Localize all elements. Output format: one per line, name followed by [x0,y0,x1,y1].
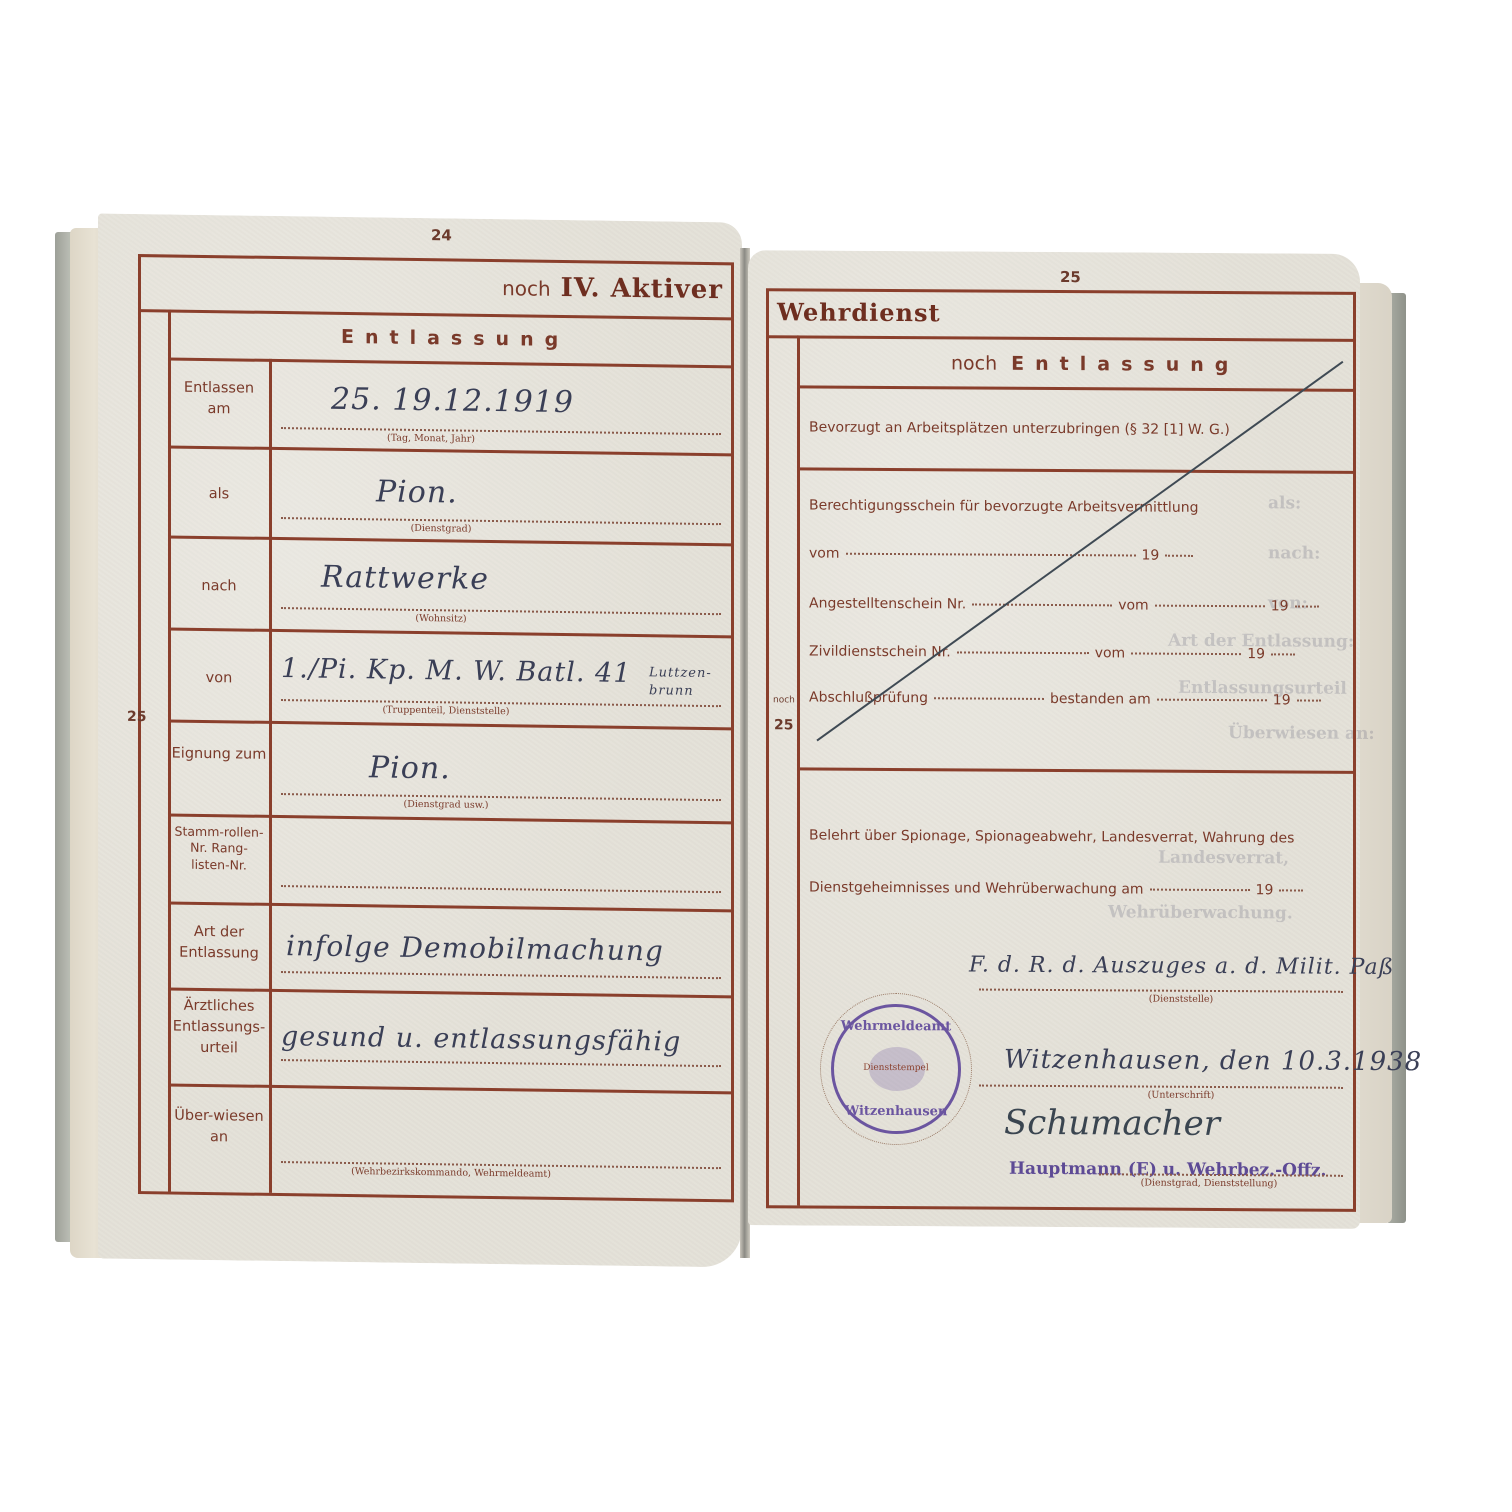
field-caption: (Tag, Monat, Jahr) [387,433,475,445]
field-caption: (Wehrbezirkskommando, Wehrmeldeamt) [351,1166,551,1180]
divider [797,467,1353,473]
divider [769,335,1353,342]
field-value-discharged-on: 25. 19.12.1919 [331,382,574,420]
field-value-as: Pion. [376,474,458,510]
fill-line [281,517,721,525]
stamp-middle-text: Dienststempel [834,1063,958,1074]
side-label-prefix: noch [773,695,795,705]
left-page: 24 nochIV. Aktiver Entlassung 25 Entlass… [98,214,742,1268]
fill-line [281,885,721,893]
side-page-number: 25 [127,709,146,725]
page-number: 24 [431,226,452,244]
field-caption: (Wohnsitz) [415,613,466,625]
field-label-to: nach [171,576,267,598]
stamp-bottom-text: Witzenhausen [834,1104,958,1120]
handwritten-signature: Schumacher [1004,1103,1220,1144]
form-line-entitlement-date: vom19 [809,546,1199,564]
field-caption: (Dienstgrad usw.) [404,799,489,811]
section-header: Wehrdienst [777,297,941,327]
fill-line [1295,605,1319,607]
side-page-number: 25 [774,717,793,733]
divider [269,359,272,1193]
right-page: 25 als: nach: von: Art der Entlassung: E… [748,250,1360,1229]
section-header: nochIV. Aktiver [502,272,723,305]
fill-line [979,989,1343,993]
field-value-medical-verdict: gesund u. entlassungsfähig [281,1021,681,1058]
field-value-from: 1./Pi. Kp. M. W. Batl. 41 [281,653,631,689]
fill-line [1165,555,1193,557]
caption-rank: (Dienstgrad, Dienststellung) [1141,1178,1278,1190]
divider [168,627,731,638]
form-line-espionage-briefing: Belehrt über Spionage, Spionageabwehr, L… [809,828,1294,847]
fill-line [934,697,1044,700]
fill-line [846,553,1136,557]
field-label-discharged-on: Entlassen am [171,378,267,421]
page-number: 25 [1060,268,1081,286]
divider [168,813,731,824]
field-label-qualification: Eignung zum [171,744,267,766]
divider [168,357,731,368]
fill-line [281,793,721,801]
form-line-civil-service-certificate: Zivildienstschein Nr.vom19 [809,644,1301,663]
form-frame: nochIV. Aktiver Entlassung 25 Entlassen … [138,254,734,1202]
handwritten-place-date: Witzenhausen, den 10.3.1938 [1004,1045,1422,1078]
fill-line [281,971,721,979]
form-line-final-exam: Abschlußprüfungbestanden am19 [809,690,1327,709]
fill-line [1155,605,1265,608]
fill-line [281,607,721,615]
subsection-title: Entlassung [341,326,569,351]
divider [168,1083,731,1094]
field-caption: (Truppenteil, Dienststelle) [383,704,510,717]
caption-office: (Dienststelle) [1149,994,1214,1005]
field-label-transferred-to: Über-wiesen an [171,1106,267,1149]
handwritten-office: F. d. R. d. Auszuges a. d. Milit. Paß [969,952,1394,980]
fill-line [1271,653,1295,655]
form-frame: Wehrdienst nochEntlassung Bevorzugt an A… [766,288,1356,1212]
form-line-briefing-date: Dienstgeheimnisses und Wehrüberwachung a… [809,880,1309,899]
divider [797,385,1353,391]
divider [168,901,731,912]
subsection-title: nochEntlassung [951,352,1239,376]
divider [168,719,731,730]
form-line-preferred-placement: Bevorzugt an Arbeitsplätzen unterzubring… [809,420,1230,439]
field-value-from-note: Luttzen-brunn [649,664,719,701]
fill-line [1297,699,1321,701]
divider [797,767,1353,773]
field-label-discharge-type: Art der Entlassung [171,922,267,965]
fill-line [979,1085,1343,1089]
field-value-discharge-type: infolge Demobilmachung [286,929,664,967]
field-label-as: als [171,484,267,506]
fill-line [1279,889,1303,891]
field-caption: (Dienstgrad) [411,523,472,535]
fill-line [1131,652,1241,655]
divider [141,309,731,320]
field-label-medical-verdict: Ärztliches Entlassungs-urteil [171,996,267,1060]
stamp-top-text: Wehrmeldeamt [834,1019,958,1035]
fill-line [957,651,1089,654]
official-seal-stamp: Wehrmeldeamt Dienststempel Witzenhausen [831,1004,961,1135]
caption-signature: (Unterschrift) [1148,1090,1215,1101]
field-value-qualification: Pion. [369,750,451,786]
divider [168,445,731,456]
field-label-from: von [171,668,267,690]
field-label-roll-number: Stamm-rollen-Nr. Rang-listen-Nr. [171,824,267,874]
fill-line [281,427,721,435]
fill-line [1150,889,1250,892]
field-value-to: Rattwerke [321,560,489,597]
fill-line [281,1059,721,1067]
divider [168,535,731,546]
fill-line [1157,699,1267,702]
form-line-employee-certificate: Angestelltenschein Nr.vom19 [809,596,1325,615]
fill-line [972,604,1112,607]
